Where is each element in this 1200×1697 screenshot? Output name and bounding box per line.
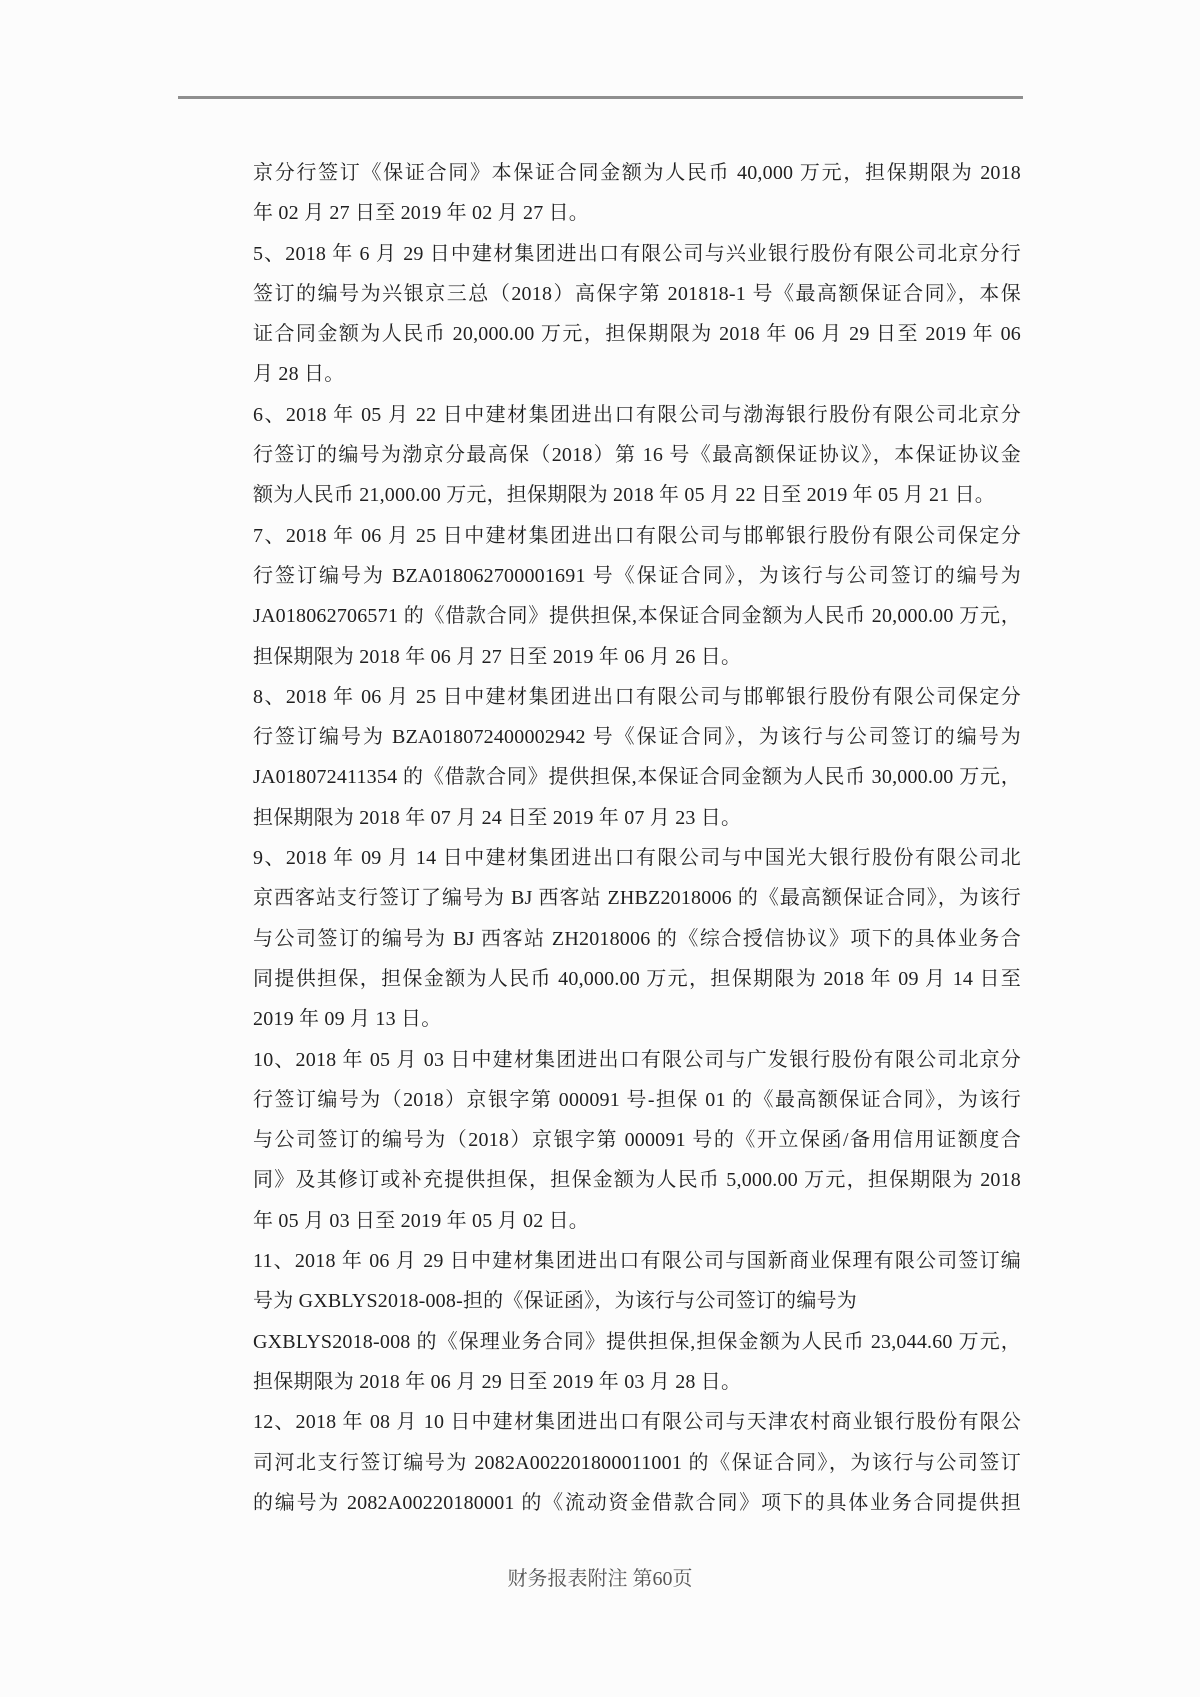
text-line-21: 同提供担保，担保金额为人民币 40,000.00 万元，担保期限为 2018 年… bbox=[253, 959, 1021, 999]
text-line-14: 8、2018 年 06 月 25 日中建材集团进出口有限公司与邯郸银行股份有限公… bbox=[253, 677, 1021, 717]
text-line-27: 年 05 月 03 日至 2019 年 05 月 02 日。 bbox=[253, 1201, 1021, 1241]
text-line-31: 担保期限为 2018 年 06 月 29 日至 2019 年 03 月 28 日… bbox=[253, 1362, 1021, 1402]
footer-text: 财务报表附注 第60页 bbox=[508, 1568, 693, 1590]
text-line-23: 10、2018 年 05 月 03 日中建材集团进出口有限公司与广发银行股份有限… bbox=[253, 1040, 1021, 1080]
text-line-9: 额为人民币 21,000.00 万元，担保期限为 2018 年 05 月 22 … bbox=[253, 475, 1021, 515]
text-line-1: 京分行签订《保证合同》本保证合同金额为人民币 40,000 万元，担保期限为 2… bbox=[253, 153, 1021, 193]
text-line-22: 2019 年 09 月 13 日。 bbox=[253, 999, 1021, 1039]
text-line-7: 6、2018 年 05 月 22 日中建材集团进出口有限公司与渤海银行股份有限公… bbox=[253, 395, 1021, 435]
text-line-26: 同》及其修订或补充提供担保，担保金额为人民币 5,000.00 万元，担保期限为… bbox=[253, 1160, 1021, 1200]
page-footer: 财务报表附注 第60页 bbox=[0, 1562, 1200, 1591]
text-line-10: 7、2018 年 06 月 25 日中建材集团进出口有限公司与邯郸银行股份有限公… bbox=[253, 516, 1021, 556]
text-line-34: 的编号为 2082A00220180001 的《流动资金借款合同》项下的具体业务… bbox=[253, 1483, 1021, 1523]
text-line-29: 号为 GXBLYS2018-008-担的《保证函》，为该行与公司签订的编号为 bbox=[253, 1281, 1021, 1321]
text-line-17: 担保期限为 2018 年 07 月 24 日至 2019 年 07 月 23 日… bbox=[253, 798, 1021, 838]
text-line-2: 年 02 月 27 日至 2019 年 02 月 27 日。 bbox=[253, 193, 1021, 233]
text-line-30: GXBLYS2018-008 的《保理业务合同》提供担保,担保金额为人民币 23… bbox=[253, 1322, 1021, 1362]
text-line-6: 月 28 日。 bbox=[253, 354, 1021, 394]
text-line-19: 京西客站支行签订了编号为 BJ 西客站 ZHBZ2018006 的《最高额保证合… bbox=[253, 878, 1021, 918]
text-line-13: 担保期限为 2018 年 06 月 27 日至 2019 年 06 月 26 日… bbox=[253, 637, 1021, 677]
document-body: 京分行签订《保证合同》本保证合同金额为人民币 40,000 万元，担保期限为 2… bbox=[253, 153, 1021, 1523]
document-page: 京分行签订《保证合同》本保证合同金额为人民币 40,000 万元，担保期限为 2… bbox=[0, 0, 1200, 1697]
text-line-8: 行签订的编号为渤京分最高保（2018）第 16 号《最高额保证协议》，本保证协议… bbox=[253, 435, 1021, 475]
text-line-12: JA018062706571 的《借款合同》提供担保,本保证合同金额为人民币 2… bbox=[253, 596, 1021, 636]
text-line-15: 行签订编号为 BZA018072400002942 号《保证合同》，为该行与公司… bbox=[253, 717, 1021, 757]
text-line-11: 行签订编号为 BZA018062700001691 号《保证合同》，为该行与公司… bbox=[253, 556, 1021, 596]
text-line-20: 与公司签订的编号为 BJ 西客站 ZH2018006 的《综合授信协议》项下的具… bbox=[253, 919, 1021, 959]
text-line-28: 11、2018 年 06 月 29 日中建材集团进出口有限公司与国新商业保理有限… bbox=[253, 1241, 1021, 1281]
text-line-25: 与公司签订的编号为（2018）京银字第 000091 号的《开立保函/备用信用证… bbox=[253, 1120, 1021, 1160]
text-line-4: 签订的编号为兴银京三总（2018）高保字第 201818-1 号《最高额保证合同… bbox=[253, 274, 1021, 314]
text-line-3: 5、2018 年 6 月 29 日中建材集团进出口有限公司与兴业银行股份有限公司… bbox=[253, 234, 1021, 274]
text-line-33: 司河北支行签订编号为 2082A002201800011001 的《保证合同》，… bbox=[253, 1443, 1021, 1483]
text-line-5: 证合同金额为人民币 20,000.00 万元，担保期限为 2018 年 06 月… bbox=[253, 314, 1021, 354]
header-rule bbox=[178, 96, 1023, 99]
text-line-18: 9、2018 年 09 月 14 日中建材集团进出口有限公司与中国光大银行股份有… bbox=[253, 838, 1021, 878]
text-line-32: 12、2018 年 08 月 10 日中建材集团进出口有限公司与天津农村商业银行… bbox=[253, 1402, 1021, 1442]
text-line-24: 行签订编号为（2018）京银字第 000091 号-担保 01 的《最高额保证合… bbox=[253, 1080, 1021, 1120]
text-line-16: JA018072411354 的《借款合同》提供担保,本保证合同金额为人民币 3… bbox=[253, 757, 1021, 797]
